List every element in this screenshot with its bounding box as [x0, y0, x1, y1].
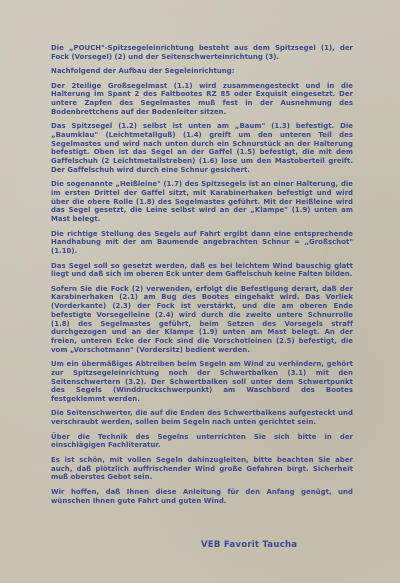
paragraph-heissleine: Die sogenannte „Heißleine" (1.7) des Spi…	[51, 180, 353, 224]
paragraph-closing: Wir hoffen, daß Ihnen diese Anleitung fü…	[51, 488, 353, 505]
paragraph-mast: Der 2teilige Großsegelmast (1.1) wird zu…	[51, 82, 353, 117]
paragraph-heading-setup: Nachfolgend der Aufbau der Segeleinricht…	[51, 67, 353, 76]
paragraph-safety: Es ist schön, mit vollen Segeln dahinzug…	[51, 456, 353, 482]
paragraph-spitzsegel: Das Spitzsegel (1.2) selbst ist unten am…	[51, 122, 353, 174]
document-page: Die „POUCH"-Spitzsegeleinrichtung besteh…	[0, 0, 400, 583]
paragraph-grossschot: Die richtige Stellung des Segels auf Fah…	[51, 230, 353, 256]
paragraph-schwertbalken: Um ein übermäßiges Abtreiben beim Segeln…	[51, 360, 353, 404]
document-body: Die „POUCH"-Spitzsegeleinrichtung besteh…	[51, 44, 353, 511]
paragraph-intro: Die „POUCH"-Spitzsegeleinrichtung besteh…	[51, 44, 353, 61]
company-signature: VEB Favorit Taucha	[201, 540, 297, 550]
paragraph-fachliteratur: Über die Technik des Segelns unterrichte…	[51, 433, 353, 450]
paragraph-sail-setting: Das Segel soll so gesetzt werden, daß es…	[51, 262, 353, 279]
paragraph-seitenschwerter: Die Seitenschwerter, die auf die Enden d…	[51, 409, 353, 426]
paragraph-fock: Sofern Sie die Fock (2) verwenden, erfol…	[51, 285, 353, 355]
